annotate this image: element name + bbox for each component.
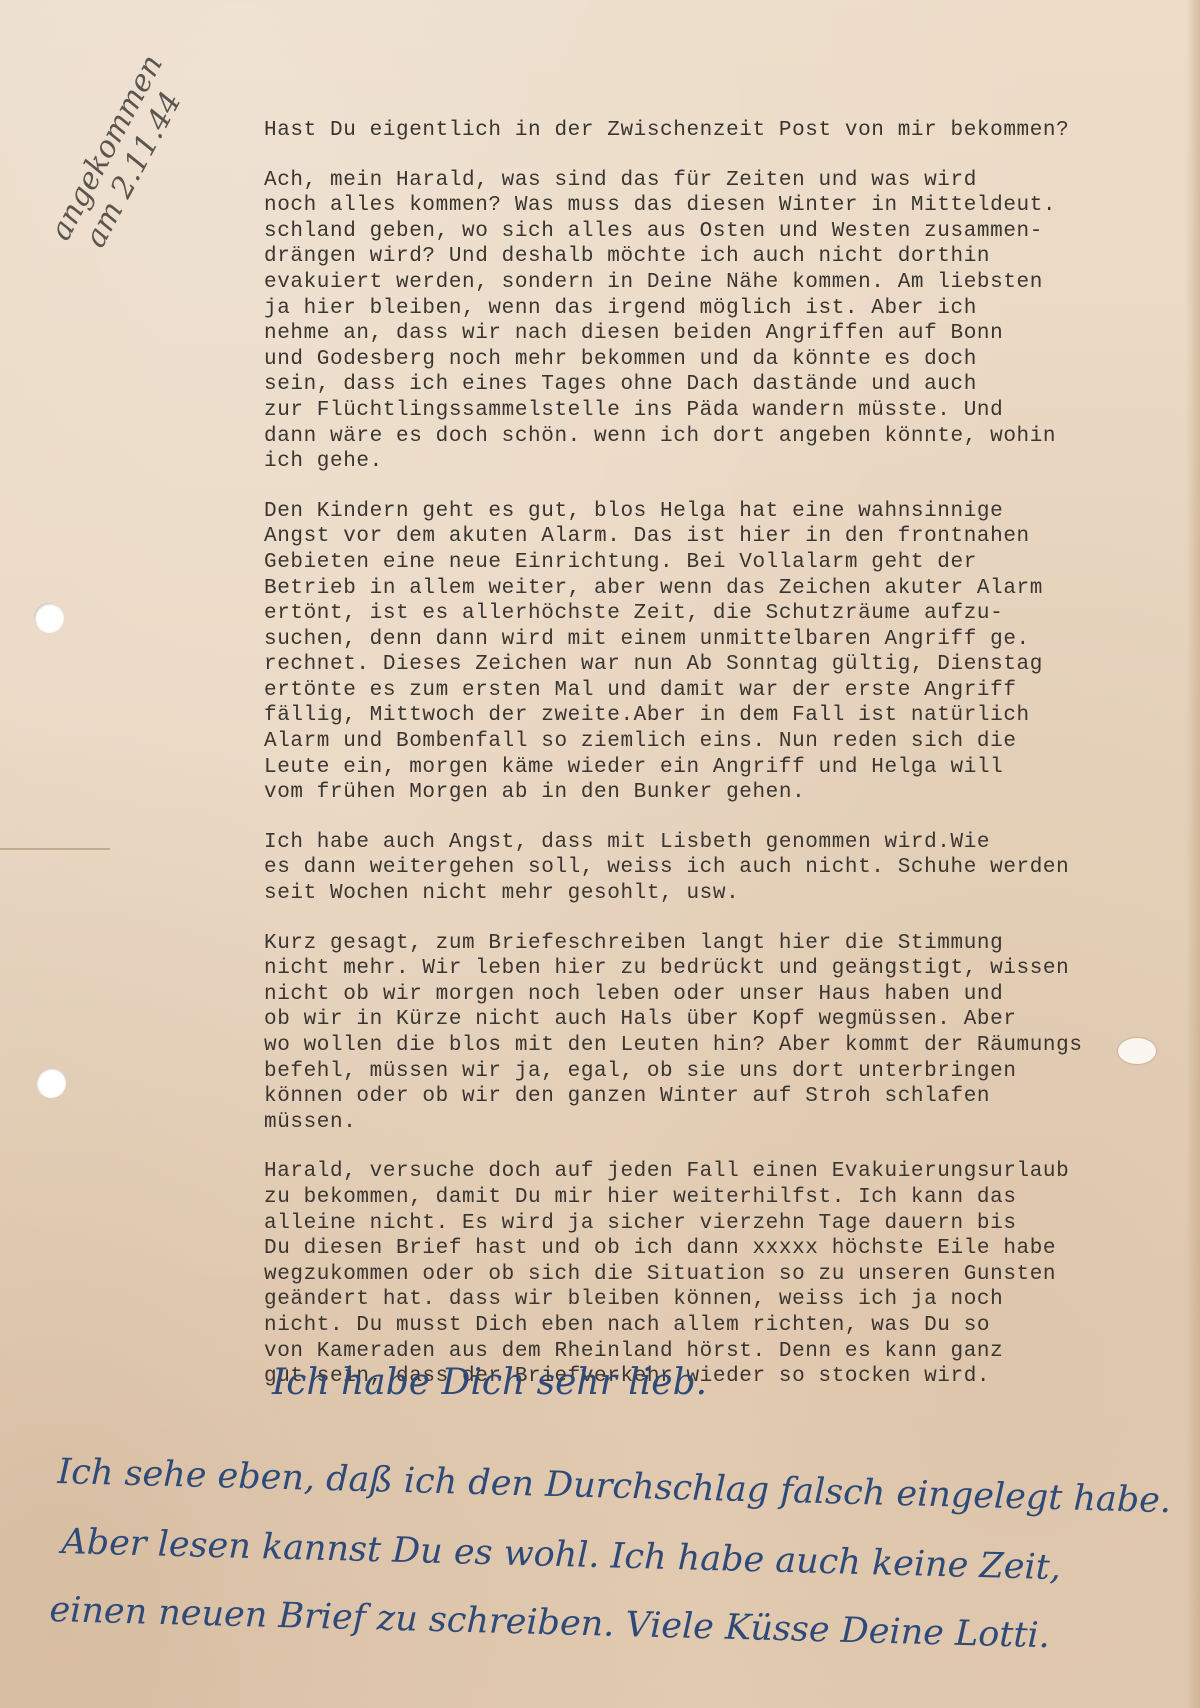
typed-line: Alarm und Bombenfall so ziemlich eins. N… (264, 729, 1200, 755)
typed-line: von Kameraden aus dem Rheinland hörst. D… (264, 1339, 1200, 1365)
typed-line: dann wäre es doch schön. wenn ich dort a… (264, 424, 1200, 450)
typed-line: ertönt, ist es allerhöchste Zeit, die Sc… (264, 601, 1200, 627)
typed-line: ob wir in Kürze nicht auch Hals über Kop… (264, 1007, 1200, 1033)
typed-line: müssen. (264, 1110, 1200, 1136)
typed-line: es dann weitergehen soll, weiss ich auch… (264, 855, 1200, 881)
typed-line: Ach, mein Harald, was sind das für Zeite… (264, 168, 1200, 194)
typed-line: rechnet. Dieses Zeichen war nun Ab Sonnt… (264, 652, 1200, 678)
typed-line: Betrieb in allem weiter, aber wenn das Z… (264, 576, 1200, 602)
paragraph-3: Ich habe auch Angst, dass mit Lisbeth ge… (264, 830, 1200, 907)
paragraph-5: Harald, versuche doch auf jeden Fall ein… (264, 1159, 1200, 1389)
typed-letter-body: Hast Du eigentlich in der Zwischenzeit P… (264, 118, 1200, 1414)
typed-line: seit Wochen nicht mehr gesohlt, usw. (264, 881, 1200, 907)
paper-crease (0, 848, 110, 850)
typed-line: Kurz gesagt, zum Briefeschreiben langt h… (264, 931, 1200, 957)
typed-line: Hast Du eigentlich in der Zwischenzeit P… (264, 118, 1200, 144)
paragraph-1: Ach, mein Harald, was sind das für Zeite… (264, 168, 1200, 475)
typed-line: ich gehe. (264, 449, 1200, 475)
punch-hole-bottom (36, 1068, 66, 1098)
paragraph-4: Kurz gesagt, zum Briefeschreiben langt h… (264, 931, 1200, 1136)
typed-line: nehme an, dass wir nach diesen beiden An… (264, 321, 1200, 347)
typed-line: können oder ob wir den ganzen Winter auf… (264, 1084, 1200, 1110)
punch-hole-top (34, 603, 64, 633)
typed-line: zur Flüchtlingssammelstelle ins Päda wan… (264, 398, 1200, 424)
typed-line: drängen wird? Und deshalb möchte ich auc… (264, 244, 1200, 270)
typed-line: wegzukommen oder ob sich die Situation s… (264, 1262, 1200, 1288)
typed-line: sein, dass ich eines Tages ohne Dach das… (264, 372, 1200, 398)
typed-line: ja hier bleiben, wenn das irgend möglich… (264, 296, 1200, 322)
typed-line: Angst vor dem akuten Alarm. Das ist hier… (264, 524, 1200, 550)
typed-line: zu bekommen, damit Du mir hier weiterhil… (264, 1185, 1200, 1211)
handwritten-line-1: Ich habe Dich sehr lieb. (272, 1362, 707, 1403)
typed-line: Harald, versuche doch auf jeden Fall ein… (264, 1159, 1200, 1185)
typed-line: befehl, müssen wir ja, egal, ob sie uns … (264, 1059, 1200, 1085)
typed-line: evakuiert werden, sondern in Deine Nähe … (264, 270, 1200, 296)
typed-line: Den Kindern geht es gut, blos Helga hat … (264, 499, 1200, 525)
typed-line: fällig, Mittwoch der zweite.Aber in dem … (264, 703, 1200, 729)
typed-line: nicht ob wir morgen noch leben oder unse… (264, 982, 1200, 1008)
typed-line: nicht. Du musst Dich eben nach allem ric… (264, 1313, 1200, 1339)
typed-line: schland geben, wo sich alles aus Osten u… (264, 219, 1200, 245)
typed-line: alleine nicht. Es wird ja sicher vierzeh… (264, 1211, 1200, 1237)
typed-line: noch alles kommen? Was muss das diesen W… (264, 193, 1200, 219)
typed-line: ertönte es zum ersten Mal und damit war … (264, 678, 1200, 704)
typed-line: geändert hat. dass wir bleiben können, w… (264, 1287, 1200, 1313)
typed-line: suchen, denn dann wird mit einem unmitte… (264, 627, 1200, 653)
typed-line: Leute ein, morgen käme wieder ein Angrif… (264, 755, 1200, 781)
typed-line: vom frühen Morgen ab in den Bunker gehen… (264, 780, 1200, 806)
typed-line: Ich habe auch Angst, dass mit Lisbeth ge… (264, 830, 1200, 856)
typed-line: nicht mehr. Wir leben hier zu bedrückt u… (264, 956, 1200, 982)
paragraph-2: Den Kindern geht es gut, blos Helga hat … (264, 499, 1200, 806)
typed-line: und Godesberg noch mehr bekommen und da … (264, 347, 1200, 373)
typed-line: Gebieten eine neue Einrichtung. Bei Voll… (264, 550, 1200, 576)
typed-line: wo wollen die blos mit den Leuten hin? A… (264, 1033, 1200, 1059)
opening-line: Hast Du eigentlich in der Zwischenzeit P… (264, 118, 1200, 144)
typed-line: Du diesen Brief hast und ob ich dann xxx… (264, 1236, 1200, 1262)
